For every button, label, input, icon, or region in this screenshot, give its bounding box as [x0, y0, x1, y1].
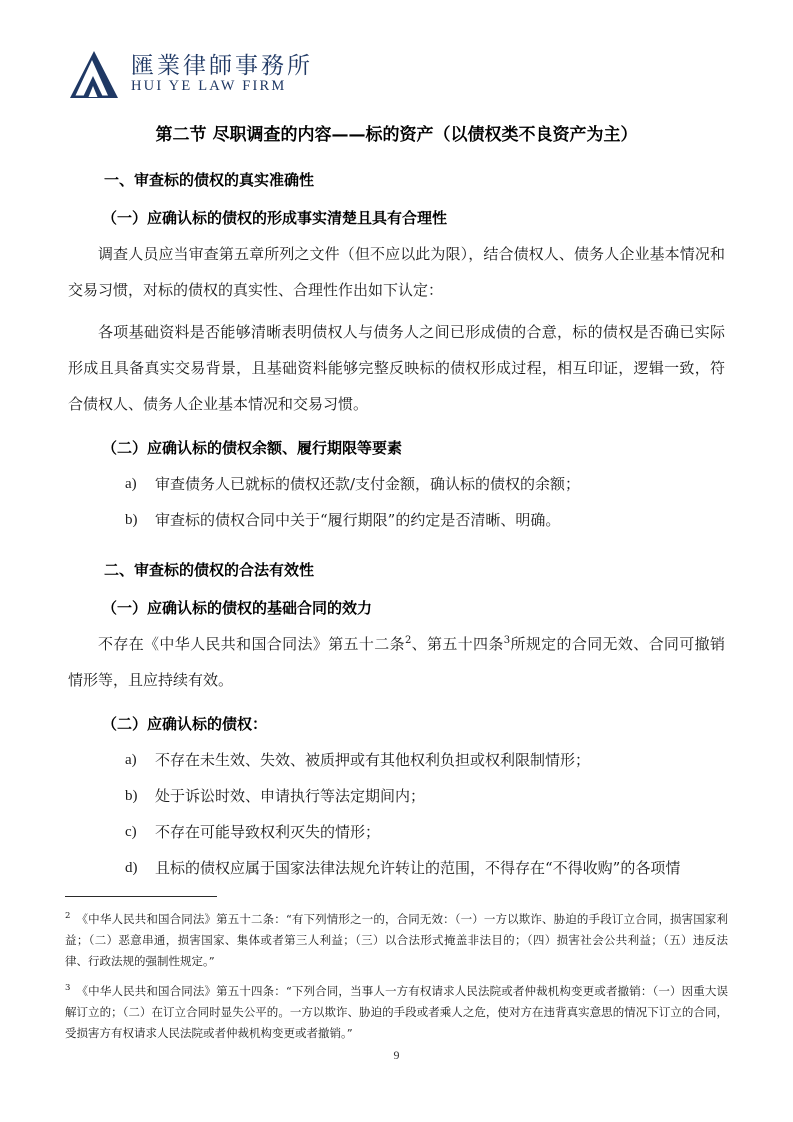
footnote-3: 3《中华人民共和国合同法》第五十四条：“下列合同，当事人一方有权请求人民法院或者… [65, 981, 728, 1044]
list-marker: d) [125, 850, 155, 886]
list-item: c) 不存在可能导致权利灭失的情形； [125, 814, 725, 850]
paragraph-text: 不存在《中华人民共和国合同法》第五十二条 [98, 635, 405, 653]
list-item-text: 审查债务人已就标的债权还款/支付金额，确认标的债权的余额； [155, 466, 725, 502]
list-marker: a) [125, 742, 155, 778]
list-item-text: 审查标的债权合同中关于“履行期限”的约定是否清晰、明确。 [155, 502, 725, 538]
page-number: 9 [0, 1048, 793, 1063]
footnote-3-text: 《中华人民共和国合同法》第五十四条：“下列合同，当事人一方有权请求人民法院或者仲… [65, 984, 728, 1040]
list-marker: a) [125, 466, 155, 502]
list-item-text: 处于诉讼时效、申请执行等法定期间内； [155, 778, 725, 814]
paragraph-contract-law-validity: 不存在《中华人民共和国合同法》第五十二条2、第五十四条3所规定的合同无效、合同可… [68, 626, 725, 698]
section-2-1-heading: （一）应确认标的债权的基础合同的效力 [68, 596, 725, 620]
footnote-2-text: 《中华人民共和国合同法》第五十二条：“有下列情形之一的，合同无效：（一）一方以欺… [65, 912, 728, 968]
list-item-text: 且标的债权应属于国家法律法规允许转让的范围，不得存在“不得收购”的各项情 [155, 850, 725, 886]
footnotes: 2《中华人民共和国合同法》第五十二条：“有下列情形之一的，合同无效：（一）一方以… [65, 896, 728, 1053]
list-section-1-2: a) 审查债务人已就标的债权还款/支付金额，确认标的债权的余额； b) 审查标的… [68, 466, 725, 538]
list-item: b) 审查标的债权合同中关于“履行期限”的约定是否清晰、明确。 [125, 502, 725, 538]
section-2-2-heading: （二）应确认标的债权： [68, 712, 725, 736]
footnote-separator [65, 896, 217, 897]
document-title: 第二节 尽职调查的内容——标的资产（以债权类不良资产为主） [68, 122, 725, 148]
paragraph-text: 、第五十四条 [411, 635, 503, 653]
footnote-3-marker: 3 [65, 983, 70, 993]
list-item: a) 不存在未生效、失效、被质押或有其他权利负担或权利限制情形； [125, 742, 725, 778]
list-marker: b) [125, 502, 155, 538]
list-item: b) 处于诉讼时效、申请执行等法定期间内； [125, 778, 725, 814]
list-section-2-2: a) 不存在未生效、失效、被质押或有其他权利负担或权利限制情形； b) 处于诉讼… [68, 742, 725, 886]
law-firm-logo: 匯業律師事務所 HUI YE LAW FIRM [68, 48, 725, 100]
law-firm-name-cn: 匯業律師事務所 [131, 54, 313, 78]
paragraph-basic-materials: 各项基础资料是否能够清晰表明债权人与债务人之间已形成债的合意，标的债权是否确已实… [68, 314, 725, 422]
document-page: 匯業律師事務所 HUI YE LAW FIRM 第二节 尽职调查的内容——标的资… [0, 0, 793, 1122]
list-item-text: 不存在未生效、失效、被质押或有其他权利负担或权利限制情形； [155, 742, 725, 778]
law-firm-name: 匯業律師事務所 HUI YE LAW FIRM [131, 54, 313, 94]
law-firm-logo-icon [68, 49, 120, 99]
section-1-heading: 一、审查标的债权的真实准确性 [68, 168, 725, 192]
list-item: a) 审查债务人已就标的债权还款/支付金额，确认标的债权的余额； [125, 466, 725, 502]
footnote-2-marker: 2 [65, 911, 70, 921]
list-item: d) 且标的债权应属于国家法律法规允许转让的范围，不得存在“不得收购”的各项情 [125, 850, 725, 886]
footnote-2: 2《中华人民共和国合同法》第五十二条：“有下列情形之一的，合同无效：（一）一方以… [65, 909, 728, 972]
list-item-text: 不存在可能导致权利灭失的情形； [155, 814, 725, 850]
section-1-2-heading: （二）应确认标的债权余额、履行期限等要素 [68, 436, 725, 460]
paragraph-investigator-duty: 调查人员应当审查第五章所列之文件（但不应以此为限），结合债权人、债务人企业基本情… [68, 236, 725, 308]
list-marker: b) [125, 778, 155, 814]
law-firm-name-en: HUI YE LAW FIRM [131, 79, 313, 94]
section-2-heading: 二、审查标的债权的合法有效性 [68, 558, 725, 582]
section-1-1-heading: （一）应确认标的债权的形成事实清楚且具有合理性 [68, 206, 725, 230]
list-marker: c) [125, 814, 155, 850]
